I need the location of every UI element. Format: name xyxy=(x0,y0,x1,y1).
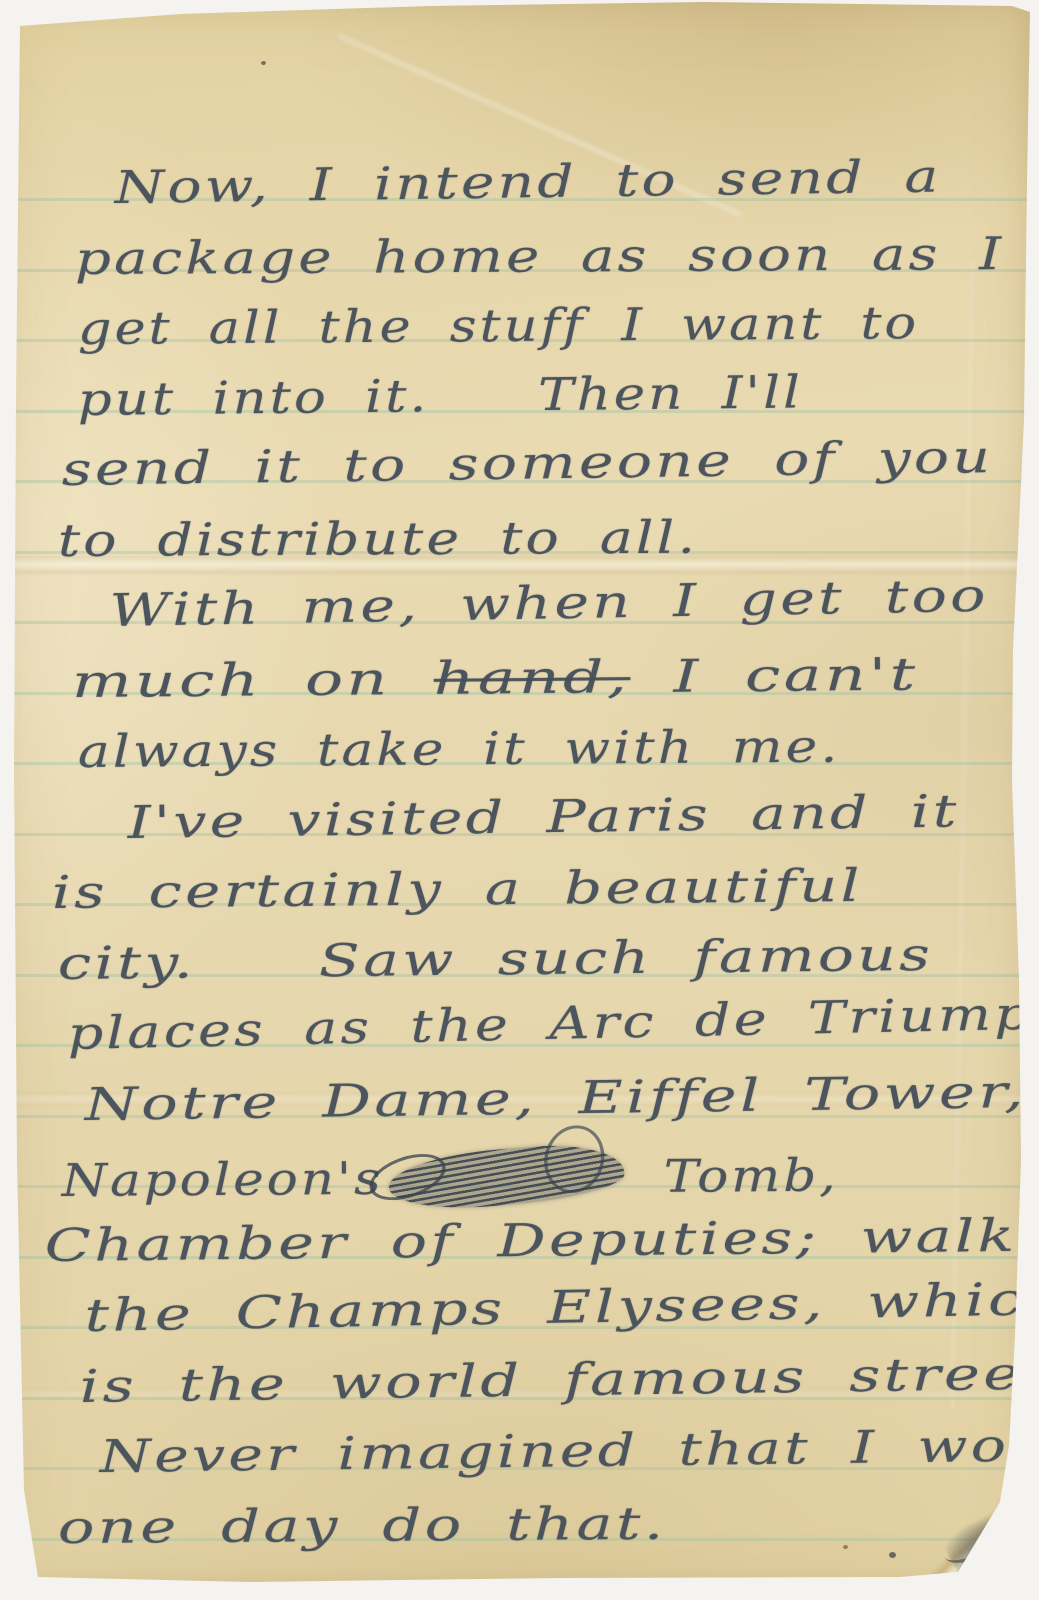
handwritten-line: package home as soon as I xyxy=(75,231,1005,281)
handwritten-line: to distribute to all. xyxy=(58,514,698,562)
handwritten-line: the Champs Elysees, which xyxy=(84,1276,1039,1338)
scan-background: Now, I intend to send apackage home as s… xyxy=(0,0,1039,1600)
word: Napoleon's xyxy=(62,1152,384,1207)
handwritten-line: Now, I intend to send a xyxy=(114,153,941,210)
handwritten-line: is the world famous street. xyxy=(79,1350,1039,1409)
handwritten-line: city. Saw such famous xyxy=(58,931,934,985)
handwritten-line: Notre Dame, Eiffel Tower, xyxy=(84,1068,1027,1126)
handwritten-line: Never imagined that I would xyxy=(99,1422,1039,1479)
handwritten-line: I've visited Paris and it xyxy=(127,788,959,845)
handwritten-line: Napoleon's Tomb, xyxy=(62,1147,839,1208)
ink-scribble xyxy=(386,1139,627,1214)
handwritten-line: much on hand, I can't xyxy=(72,651,919,703)
word: I xyxy=(673,649,702,702)
handwritten-line: With me, when I get too xyxy=(109,573,989,633)
handwritten-line: is certainly a beautiful xyxy=(52,863,863,915)
word: hand, xyxy=(434,650,631,705)
handwritten-line: Chamber of Deputies; walked xyxy=(45,1211,1039,1267)
word: on xyxy=(305,652,391,706)
handwritten-line: one day do that. xyxy=(58,1500,667,1549)
letter-text: Now, I intend to send apackage home as s… xyxy=(0,0,1039,1600)
word: can't xyxy=(745,647,919,702)
handwritten-line: always take it with me. xyxy=(78,724,841,774)
letter-page: Now, I intend to send apackage home as s… xyxy=(0,0,1039,1600)
handwritten-line: send it to someone of you xyxy=(61,434,993,492)
handwritten-line: places as the Arc de Triumph, xyxy=(67,990,1039,1056)
word: Tomb, xyxy=(664,1149,839,1203)
word: much xyxy=(72,653,263,708)
handwritten-line: get all the stuff I want to xyxy=(78,300,920,351)
handwritten-line: put into it. Then I'll xyxy=(78,369,804,422)
